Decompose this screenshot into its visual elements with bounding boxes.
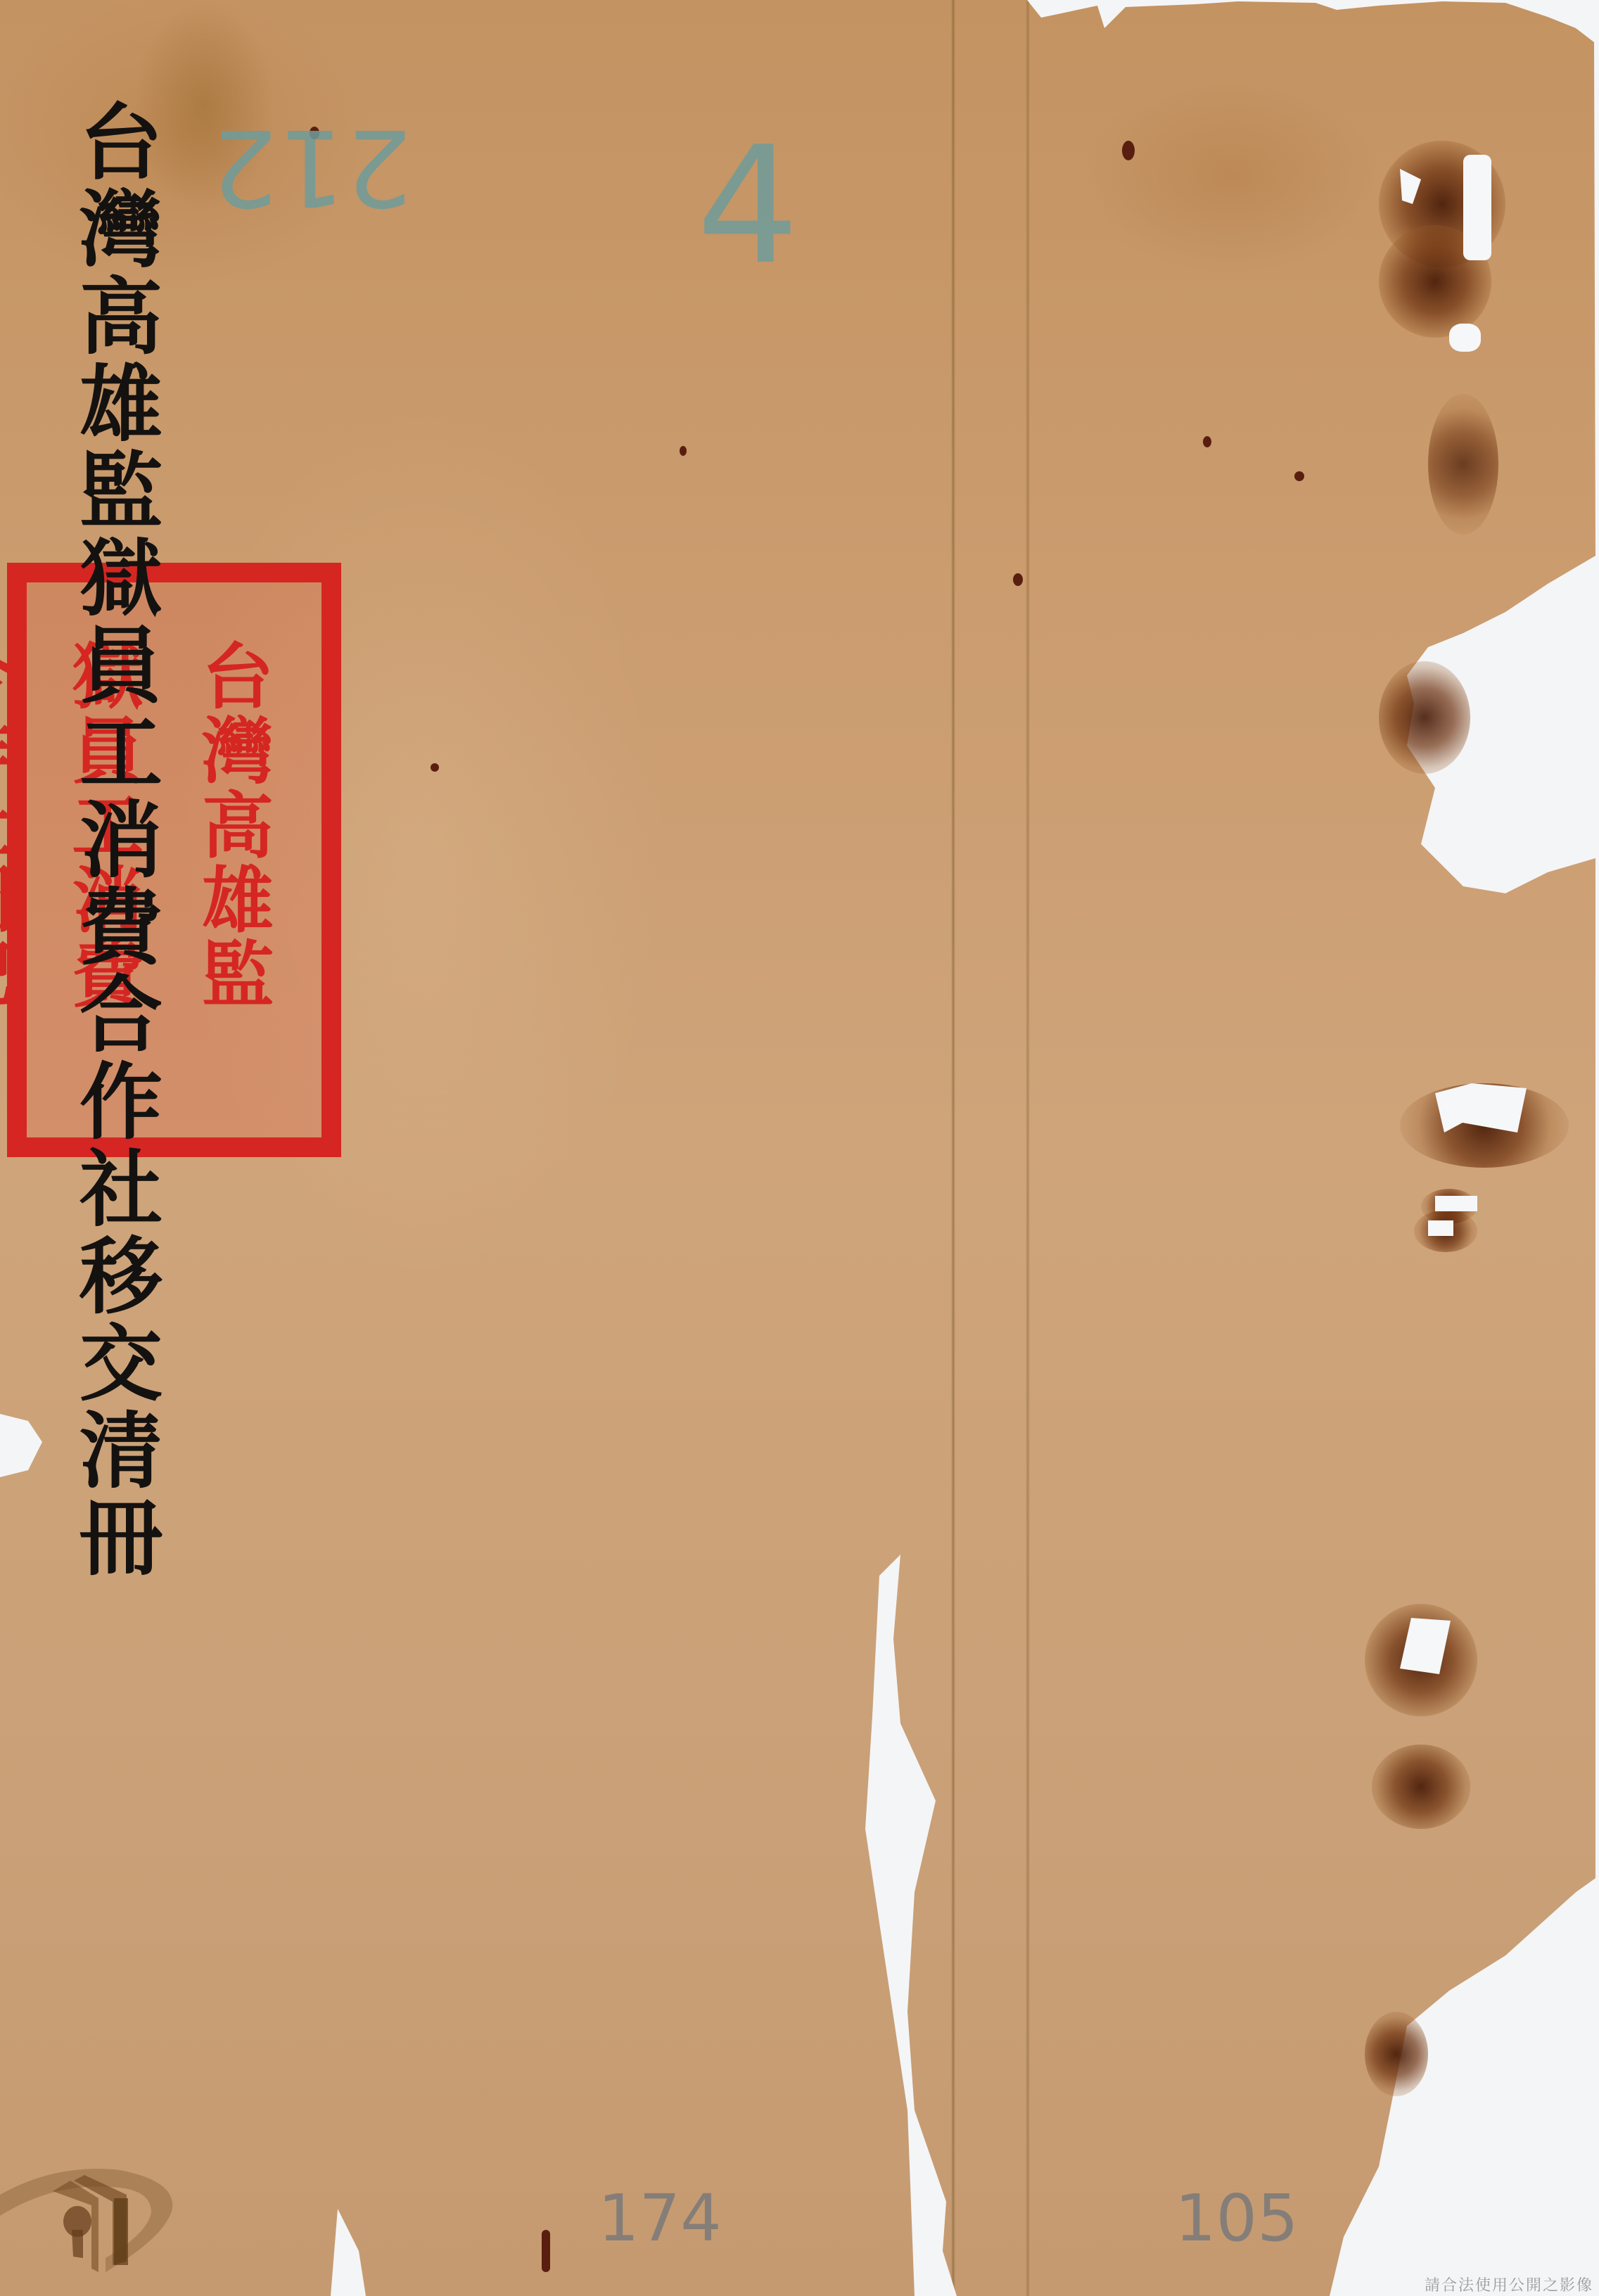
- usage-watermark: 請合法使用公開之影像: [1425, 2273, 1593, 2295]
- blue-reference-code: 212: [211, 106, 412, 228]
- burn-stain: [1365, 2012, 1428, 2096]
- burn-hole: [1463, 155, 1491, 260]
- fold-line: [951, 0, 955, 2296]
- seal-column: 合作社圖記: [0, 639, 33, 1095]
- document-title: 台灣高雄監獄員工消費合作社移交清冊: [65, 98, 163, 1581]
- speck: [542, 2230, 550, 2272]
- pencil-page-number-left: 174: [598, 2181, 722, 2256]
- burn-stain: [1428, 394, 1498, 535]
- burn-hole: [1435, 1196, 1477, 1211]
- burn-hole: [1449, 324, 1481, 352]
- speck: [431, 763, 439, 772]
- official-red-seal: 台灣高雄監 獄員工消費 合作社圖記: [7, 563, 341, 1157]
- blue-volume-mark: 4: [696, 113, 799, 300]
- speck: [1294, 471, 1304, 481]
- burn-hole: [1428, 1220, 1453, 1236]
- seal-column: 台灣高雄監: [170, 639, 293, 1095]
- burn-stain: [1372, 1745, 1470, 1829]
- burn-stain: [1379, 661, 1470, 774]
- archive-logo-icon: [0, 2152, 176, 2286]
- speck: [1122, 141, 1135, 160]
- speck: [1203, 436, 1211, 447]
- burn-hole: [1435, 1083, 1527, 1133]
- speck: [680, 446, 687, 456]
- pencil-page-number-right: 105: [1175, 2181, 1299, 2256]
- speck: [1013, 573, 1023, 586]
- fold-line: [1026, 0, 1030, 2296]
